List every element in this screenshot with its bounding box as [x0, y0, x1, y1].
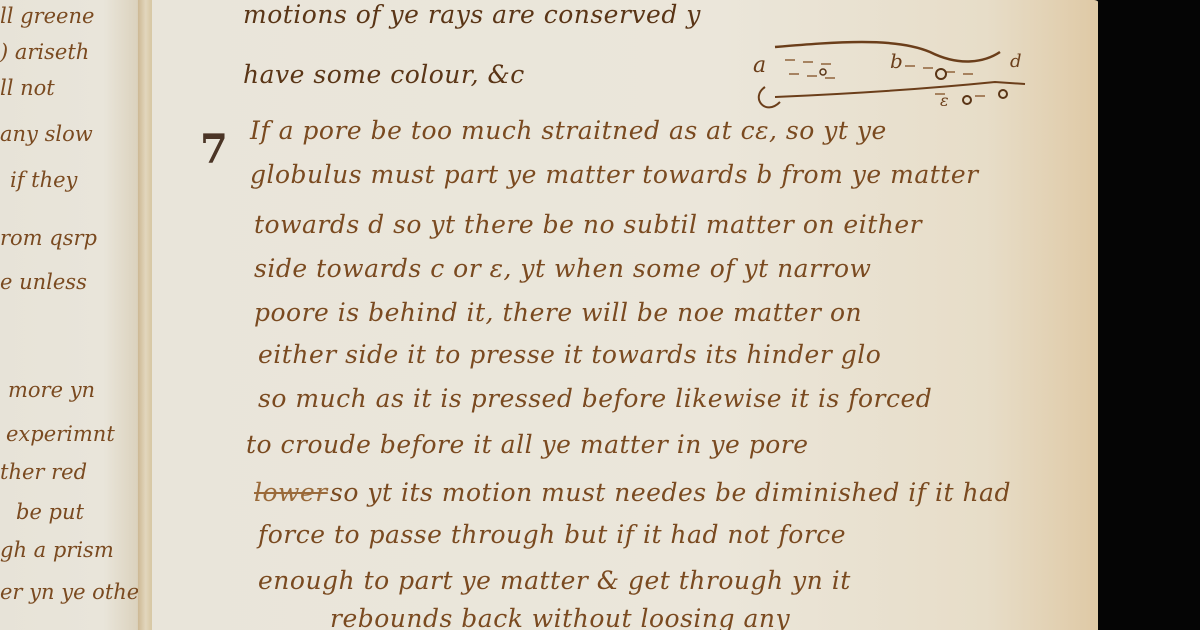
text-line-13: enough to part ye matter & get through y… — [258, 566, 851, 595]
text-line-2: have some colour, &c — [243, 60, 525, 89]
left-line-11: be put — [16, 500, 84, 524]
struck-word: lower — [254, 478, 328, 507]
text-line-7: poore is behind it, there will be noe ma… — [254, 298, 862, 327]
text-line-8: either side it to presse it towards its … — [258, 340, 881, 369]
left-line-12: gh a prism — [0, 538, 114, 562]
left-line-1: ll greene — [0, 4, 94, 28]
left-line-3: ll not — [0, 76, 55, 100]
diagram-label-d: d — [1010, 51, 1022, 72]
text-line-1: motions of ye rays are conserved y — [243, 0, 701, 29]
dark-background — [1098, 0, 1200, 630]
text-line-12: force to passe through but if it had not… — [258, 520, 846, 549]
diagram-label-b: b — [890, 49, 903, 73]
text-line-14: rebounds back without loosing any — [330, 604, 790, 630]
text-line-5: towards d so yt there be no subtil matte… — [254, 210, 922, 239]
text-line-10: to croude before it all ye matter in ye … — [246, 430, 809, 459]
pore-diagram-sketch: a b d ε — [745, 32, 1035, 122]
text-line-4: globulus must part ye matter towards b f… — [250, 160, 979, 189]
left-line-9: experimnt — [6, 422, 115, 446]
text-line-6: side towards c or ε, yt when some of yt … — [254, 254, 871, 283]
diagram-label-a: a — [753, 53, 766, 78]
left-line-8: more yn — [8, 378, 95, 402]
left-line-6: rom qsrp — [0, 226, 97, 250]
left-manuscript-page: ll greene ) ariseth ll not any slow if t… — [0, 0, 148, 630]
paragraph-number: 7 — [200, 126, 228, 173]
text-line-9: so much as it is pressed before likewise… — [258, 384, 932, 413]
left-line-10: ther red — [0, 460, 87, 484]
left-line-7: e unless — [0, 270, 87, 294]
left-line-2: ) ariseth — [0, 40, 89, 64]
diagram-label-epsilon: ε — [940, 91, 949, 110]
left-line-13: er yn ye other. — [0, 580, 154, 604]
text-line-11: so yt its motion must needes be diminish… — [330, 478, 1011, 507]
left-line-4: any slow — [0, 122, 93, 146]
left-line-5: if they — [10, 168, 77, 192]
